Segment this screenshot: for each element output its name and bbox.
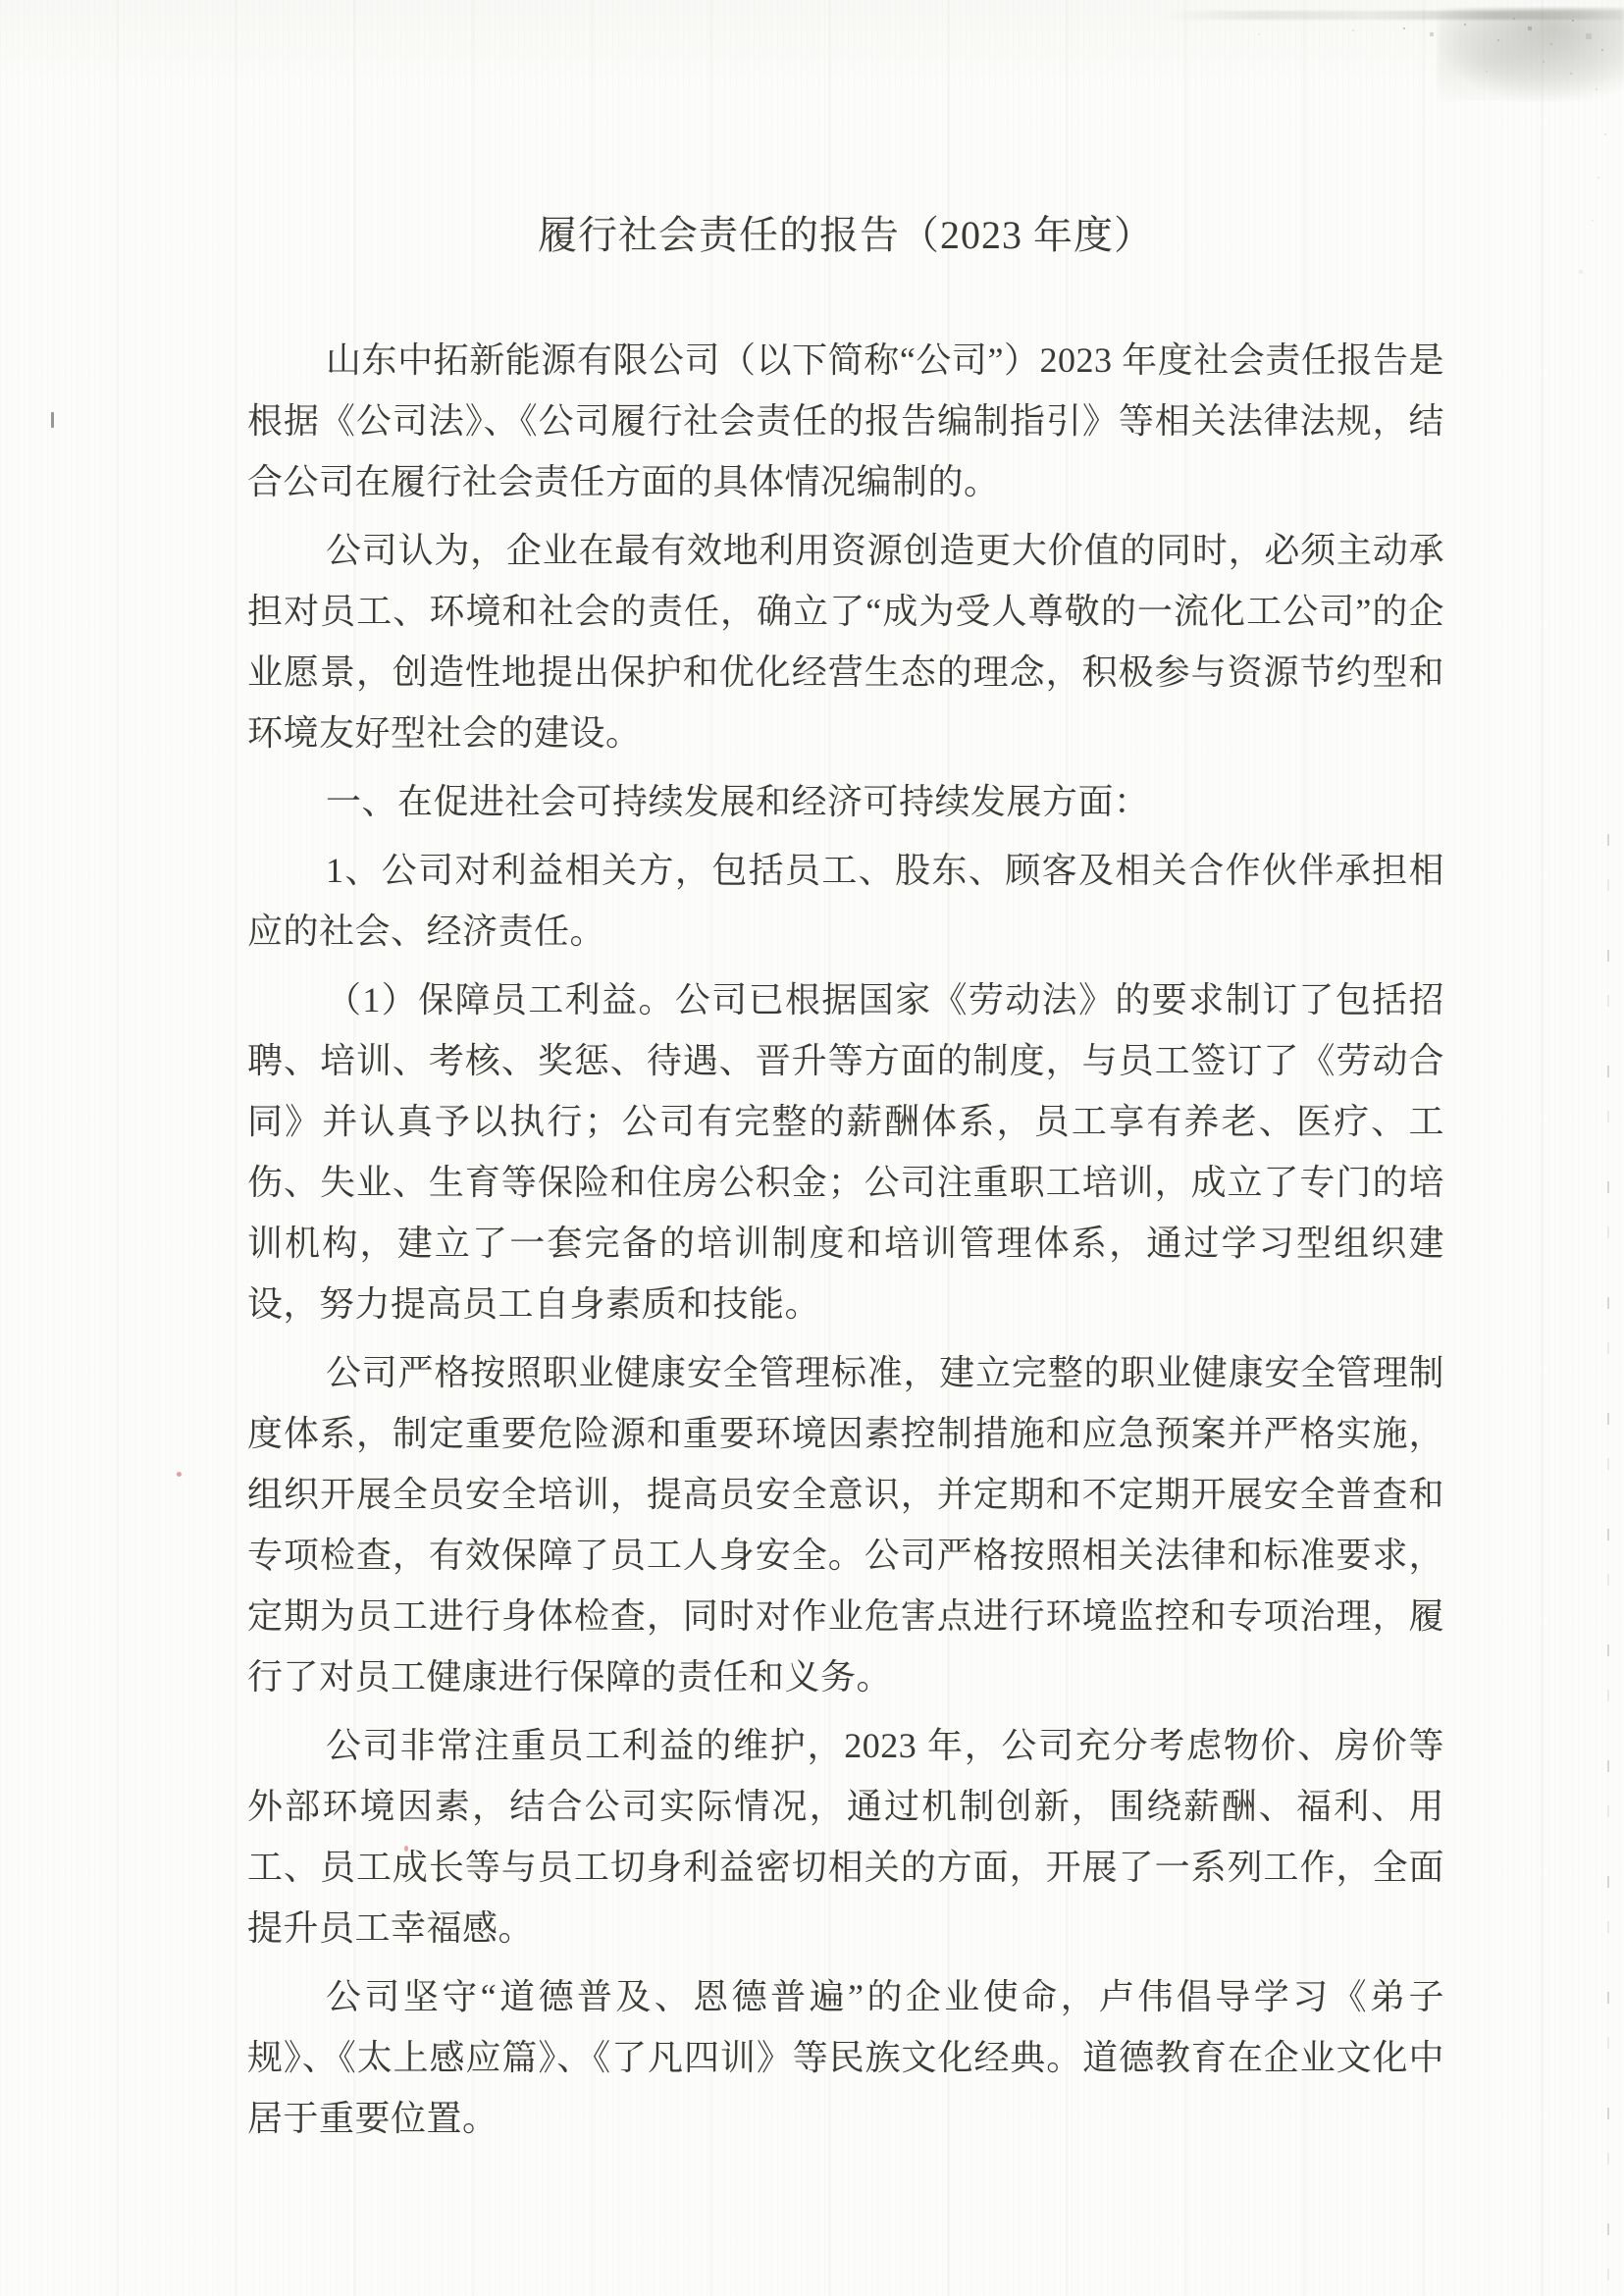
paragraph-occupational-safety: 公司严格按照职业健康安全管理标准，建立完整的职业健康安全管理制度体系，制定重要危… bbox=[247, 1342, 1444, 1707]
paragraph-stakeholder-responsibility: 1、公司对利益相关方，包括员工、股东、顾客及相关合作伙伴承担相应的社会、经济责任… bbox=[247, 840, 1444, 962]
paragraph-employee-rights: （1）保障员工利益。公司已根据国家《劳动法》的要求制订了包括招聘、培训、考核、奖… bbox=[247, 969, 1444, 1334]
scanned-document-page: 履行社会责任的报告（2023 年度） 山东中拓新能源有限公司（以下简称“公司”）… bbox=[0, 0, 1624, 2296]
paragraph-employee-welfare: 公司非常注重员工利益的维护，2023 年，公司充分考虑物价、房价等外部环境因素，… bbox=[247, 1715, 1444, 1958]
paragraph-corporate-culture: 公司坚守“道德普及、恩德普遍”的企业使命，卢伟倡导学习《弟子规》、《太上感应篇》… bbox=[247, 1966, 1444, 2149]
scan-red-speck bbox=[177, 1472, 182, 1477]
document-content: 履行社会责任的报告（2023 年度） 山东中拓新能源有限公司（以下简称“公司”）… bbox=[247, 0, 1444, 2157]
paragraph-company-philosophy: 公司认为，企业在最有效地利用资源创造更大价值的同时，必须主动承担对员工、环境和社… bbox=[247, 520, 1444, 763]
scan-blob-artifact bbox=[1438, 8, 1624, 101]
section-heading-sustainable-development: 一、在促进社会可持续发展和经济可持续发展方面： bbox=[247, 771, 1444, 832]
scan-tick-mark bbox=[51, 412, 54, 428]
document-title: 履行社会责任的报告（2023 年度） bbox=[247, 214, 1444, 257]
paragraph-report-basis: 山东中拓新能源有限公司（以下简称“公司”）2023 年度社会责任报告是根据《公司… bbox=[247, 330, 1444, 512]
scan-edge-artifact bbox=[1607, 834, 1609, 2296]
